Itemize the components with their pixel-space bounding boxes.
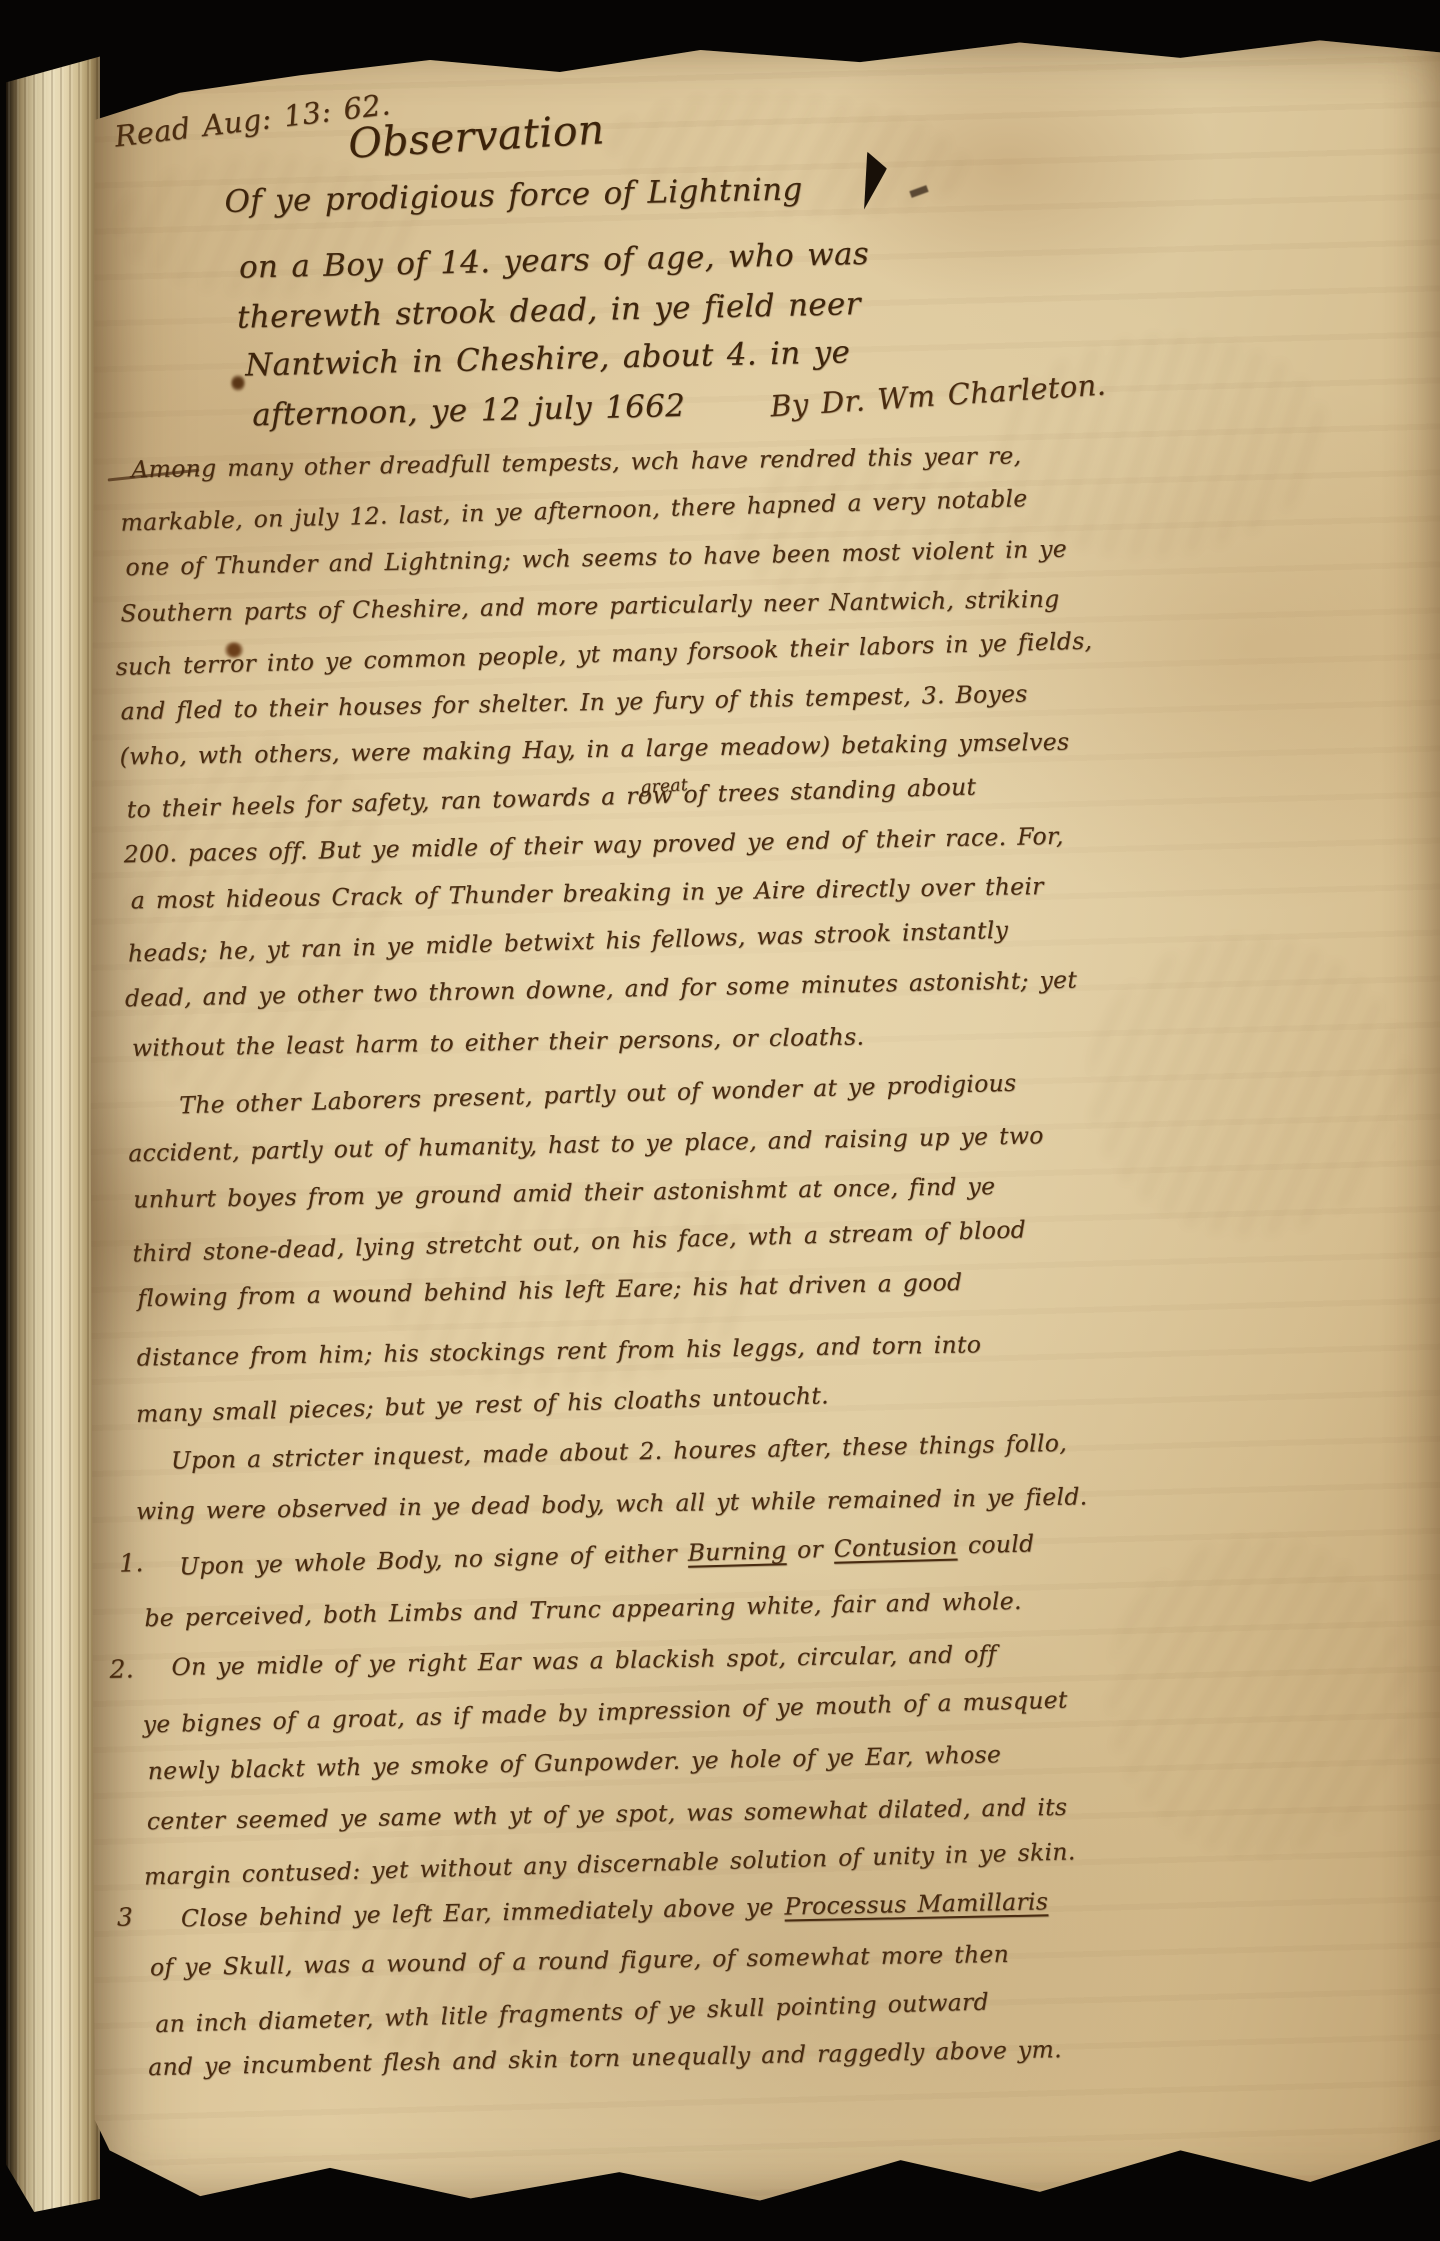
underlined-word: Contusion (833, 1531, 957, 1562)
book-page-edges (6, 50, 100, 2212)
manuscript-line: distance from him; his stockings rent fr… (137, 1330, 982, 1371)
manuscript-line: of ye Skull, was a wound of a round figu… (150, 1940, 1009, 1981)
manuscript-line: Among many other dreadfull tempests, wch… (131, 441, 1021, 483)
handwritten-content: Read Aug: 13: 62. Observation Of ye prod… (64, 16, 1440, 2227)
manuscript-line: to their heels for safety, ran towards a… (126, 772, 976, 823)
manuscript-line: Upon ye whole Body, no signe of either B… (179, 1529, 1035, 1580)
manuscript-line: On ye midle of ye right Ear was a blacki… (171, 1640, 997, 1681)
manuscript-line: accident, partly out of humanity, hast t… (128, 1121, 1044, 1167)
manuscript-line: third stone-dead, lying stretcht out, on… (132, 1215, 1026, 1267)
manuscript-line: such terror into ye common people, yt ma… (115, 627, 1092, 681)
manuscript-photo: Read Aug: 13: 62. Observation Of ye prod… (0, 0, 1440, 2241)
manuscript-line: The other Laborers present, partly out o… (179, 1069, 1017, 1120)
manuscript-line: and ye incumbent flesh and skin torn une… (148, 2035, 1062, 2081)
manuscript-line: wing were observed in ye dead body, wch … (136, 1482, 1088, 1525)
underlined-word: Burning (687, 1536, 786, 1567)
manuscript-line: an inch diameter, wth litle fragments of… (155, 1988, 989, 2039)
manuscript-line: markable, on july 12. last, in ye aftern… (120, 484, 1028, 537)
manuscript-line: without the least harm to either their p… (132, 1022, 865, 1061)
manuscript-line: center seemed ye same wth yt of ye spot,… (147, 1793, 1068, 1835)
manuscript-line: be perceived, both Limbs and Trunc appea… (144, 1587, 1022, 1632)
manuscript-line: and fled to their houses for shelter. In… (120, 680, 1028, 726)
line-segment: could (957, 1529, 1035, 1559)
line-segment: Close behind ye left Ear, immediately ab… (181, 1893, 785, 1933)
manuscript-line: unhurt boyes from ye ground amid their a… (133, 1172, 995, 1214)
manuscript-line: (who, wth others, were making Hay, in a … (119, 728, 1069, 771)
manuscript-line: one of Thunder and Lightning; wch seems … (125, 535, 1067, 582)
manuscript-line: margin contused: yet without any discern… (144, 1837, 1076, 1890)
manuscript-line: many small pieces; but ye rest of his cl… (136, 1381, 830, 1428)
body-text: Among many other dreadfull tempests, wch… (64, 16, 1440, 2227)
manuscript-line: flowing from a wound behind his left Ear… (137, 1268, 962, 1312)
manuscript-line: newly blackt wth ye smoke of Gunpowder. … (147, 1740, 1001, 1785)
manuscript-line: Close behind ye left Ear, immediately ab… (181, 1887, 1049, 1932)
line-segment: Upon ye whole Body, no signe of either (179, 1539, 688, 1581)
manuscript-line: dead, and ye other two thrown downe, and… (125, 966, 1078, 1013)
manuscript-line: a most hideous Crack of Thunder breaking… (131, 872, 1044, 914)
manuscript-page: Read Aug: 13: 62. Observation Of ye prod… (88, 36, 1440, 2218)
manuscript-line: Southern parts of Cheshire, and more par… (120, 585, 1059, 628)
manuscript-line: 200. paces off. But ye midle of their wa… (123, 822, 1063, 869)
underlined-word: Processus Mamillaris (784, 1887, 1048, 1920)
line-segment: or (786, 1535, 834, 1564)
manuscript-line: Upon a stricter inquest, made about 2. h… (171, 1429, 1068, 1475)
manuscript-line: heads; he, yt ran in ye midle betwixt hi… (128, 916, 1009, 968)
manuscript-line: ye bignes of a groat, as if made by impr… (142, 1686, 1068, 1739)
